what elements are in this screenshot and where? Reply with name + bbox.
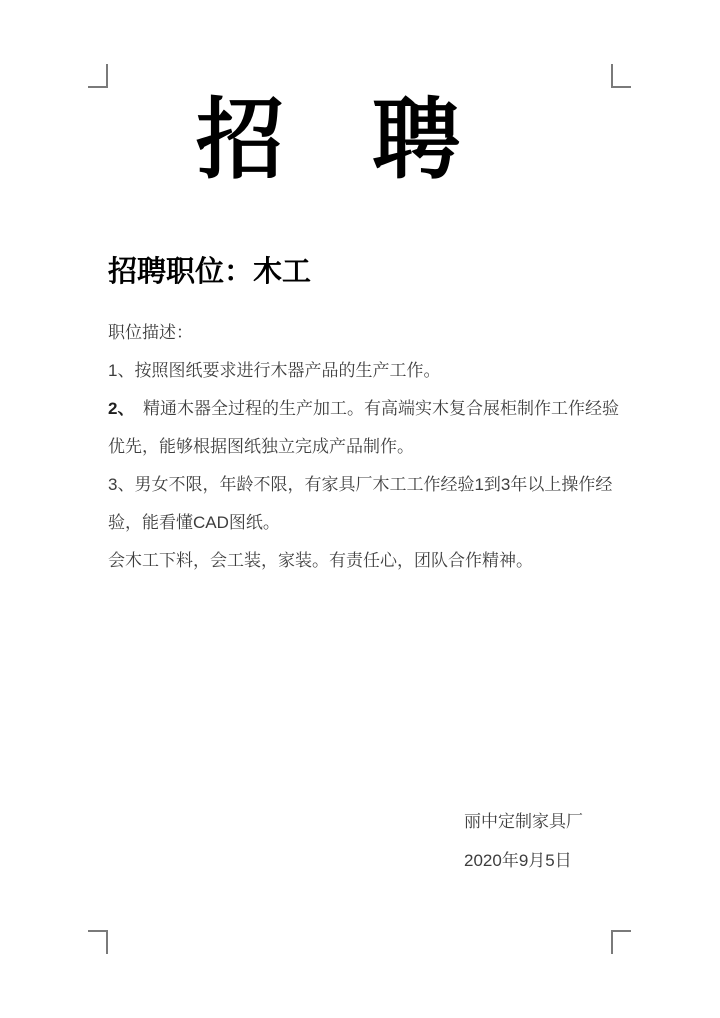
description-label: 职位描述：	[108, 314, 618, 352]
line-text: 3、男女不限，年龄不限，有家具厂木工工作经验1到3年以上操作经	[108, 475, 612, 494]
paragraph-line: 3、男女不限，年龄不限，有家具厂木工工作经验1到3年以上操作经	[108, 466, 618, 504]
document-title: 招 聘	[196, 95, 460, 185]
company-signature: 丽中定制家具厂	[464, 802, 583, 841]
position-heading: 招聘职位：木工	[108, 256, 311, 288]
document-date: 2020年9月5日	[464, 841, 583, 880]
margin-crop-mark-top-left	[88, 64, 108, 88]
paragraph-line: 1、按照图纸要求进行木器产品的生产工作。	[108, 352, 618, 390]
line-text: 优先，能够根据图纸独立完成产品制作。	[108, 437, 414, 456]
line-text: 1、按照图纸要求进行木器产品的生产工作。	[108, 361, 440, 380]
paragraph-line: 优先，能够根据图纸独立完成产品制作。	[108, 428, 618, 466]
line-text: 会木工下料，会工装，家装。有责任心，团队合作精神。	[108, 551, 533, 570]
margin-crop-mark-bottom-right	[611, 930, 631, 954]
job-description-section: 职位描述： 1、按照图纸要求进行木器产品的生产工作。 2、 精通木器全过程的生产…	[108, 314, 618, 580]
signature-block: 丽中定制家具厂 2020年9月5日	[464, 802, 583, 880]
line-text: 精通木器全过程的生产加工。有高端实木复合展柜制作工作经验	[126, 399, 619, 418]
paragraph-line: 验，能看懂CAD图纸。	[108, 504, 618, 542]
line-text: 验，能看懂CAD图纸。	[108, 513, 280, 532]
margin-crop-mark-top-right	[611, 64, 631, 88]
margin-crop-mark-bottom-left	[88, 930, 108, 954]
paragraph-line: 2、 精通木器全过程的生产加工。有高端实木复合展柜制作工作经验	[108, 390, 618, 428]
line-prefix: 2、	[108, 399, 126, 418]
document-page: 招 聘 招聘职位：木工 职位描述： 1、按照图纸要求进行木器产品的生产工作。 2…	[0, 0, 720, 1018]
paragraph-line: 会木工下料，会工装，家装。有责任心，团队合作精神。	[108, 542, 618, 580]
